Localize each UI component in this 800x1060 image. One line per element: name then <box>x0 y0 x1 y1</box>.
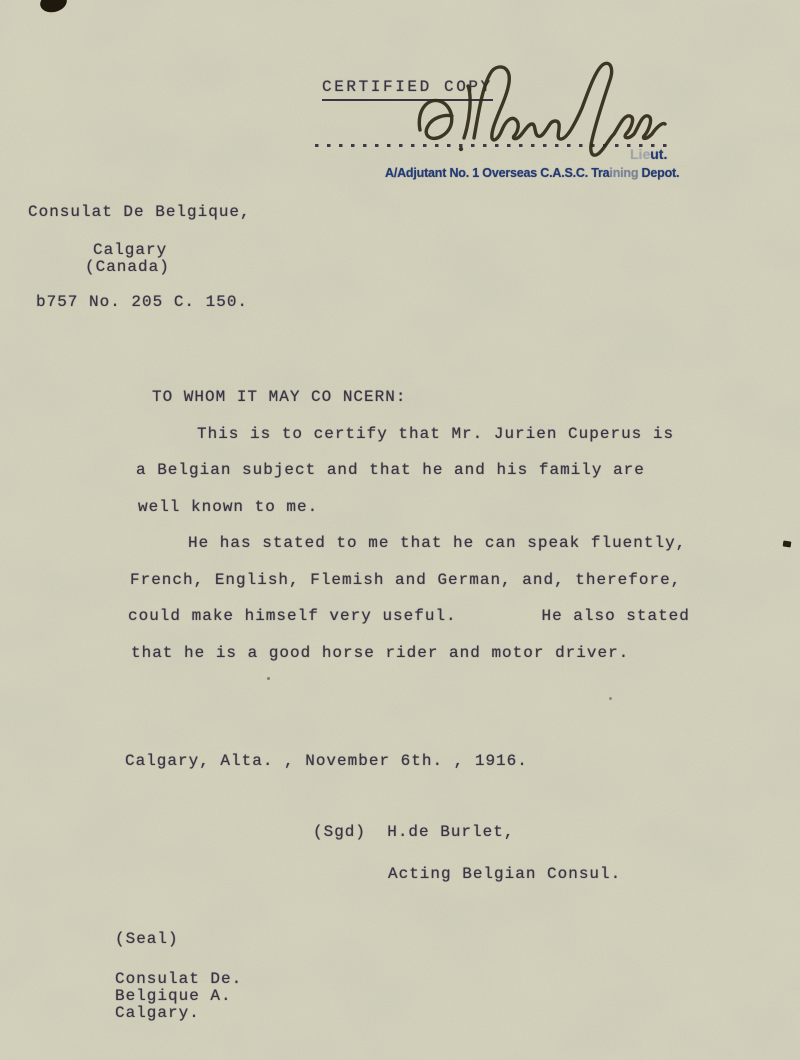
letter-line: a Belgian subject and that he and his fa… <box>136 461 645 480</box>
sender-country: (Canada) <box>85 258 170 277</box>
letter-line: well known to me. <box>138 498 318 517</box>
stamp-unit: A/Adjutant No. 1 Overseas C.A.S.C. Train… <box>385 166 679 180</box>
letter-line: This is to certify that Mr. Jurien Cuper… <box>197 425 674 444</box>
signed-line: (Sgd) H.de Burlet, <box>313 823 514 842</box>
paper-speck <box>267 677 270 680</box>
stamp-unit-text: Depot. <box>638 166 679 180</box>
edge-mark <box>783 540 792 547</box>
letter-line: French, English, Flemish and German, and… <box>130 571 681 590</box>
stamp-rank-faded: Lie <box>630 146 650 162</box>
paper-speck <box>609 697 612 700</box>
letter-line: that he is a good horse rider and motor … <box>131 644 629 663</box>
stamp-rank: Lieut. <box>630 146 667 162</box>
signer-title: Acting Belgian Consul. <box>388 865 621 884</box>
document-page: CERTIFIED COPY Lieut. A/Adjutant No. 1 O… <box>0 0 800 1060</box>
handwritten-signature <box>378 52 668 177</box>
reference-number: b757 No. 205 C. 150. <box>36 293 248 312</box>
seal-label: (Seal) <box>115 930 179 949</box>
dateline: Calgary, Alta. , November 6th. , 1916. <box>125 752 528 771</box>
stamp-unit-text: A/Adjutant No. 1 Overseas C.A.S.C. Tra <box>385 166 609 180</box>
stamp-unit-faded-text: ining <box>609 166 638 180</box>
seal-line: Calgary. <box>115 1004 200 1023</box>
letter-line: He has stated to me that he can speak fl… <box>188 534 686 553</box>
stamp-rank-visible: ut. <box>650 146 667 162</box>
letter-line: could make himself very useful. He also … <box>128 607 690 626</box>
ink-blot <box>38 0 69 15</box>
sender-name: Consulat De Belgique, <box>28 203 251 222</box>
salutation: TO WHOM IT MAY CO NCERN: <box>152 388 406 407</box>
